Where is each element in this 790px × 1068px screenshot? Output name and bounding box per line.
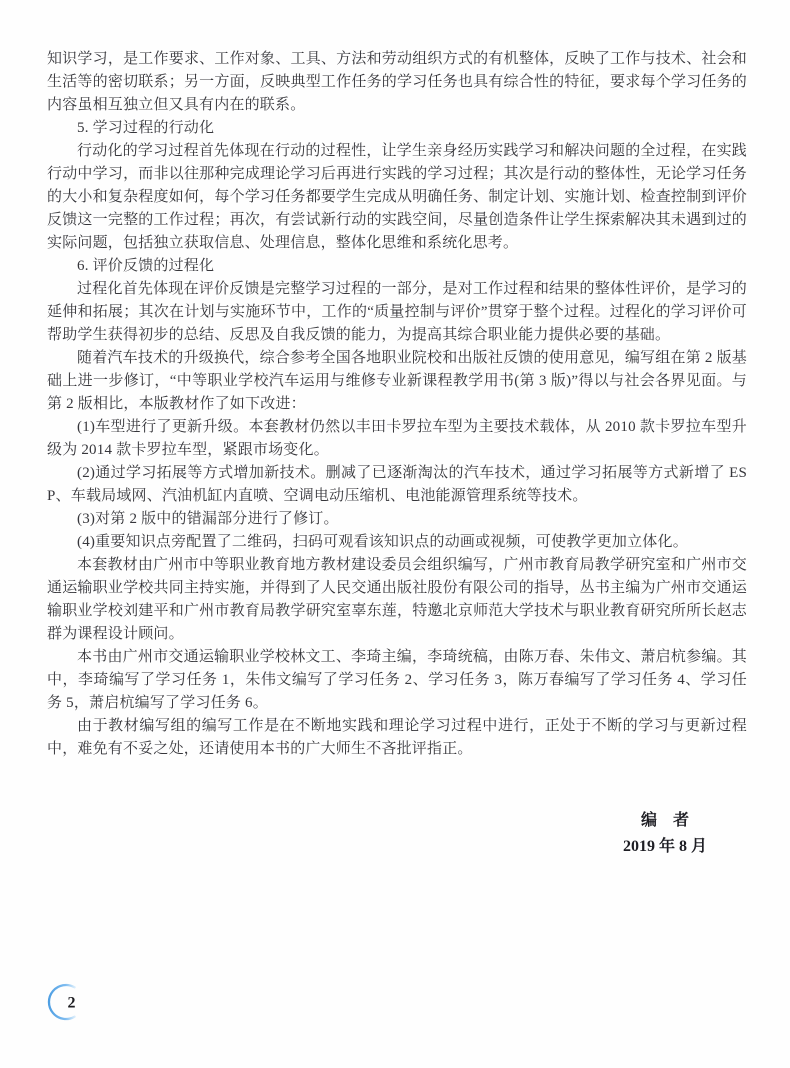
paragraph: (1)车型进行了更新升级。本套教材仍然以丰田卡罗拉车型为主要技术载体，从 201…	[47, 416, 747, 462]
paragraph: 随着汽车技术的升级换代，综合参考全国各地职业院校和出版社反馈的使用意见，编写组在…	[47, 347, 747, 416]
paragraph: (3)对第 2 版中的错漏部分进行了修订。	[47, 508, 747, 531]
page-number: 2	[68, 995, 76, 1012]
paragraph: (2)通过学习拓展等方式增加新技术。删减了已逐渐淘汰的汽车技术，通过学习拓展等方…	[47, 462, 747, 508]
page-number-arc-icon: 2	[45, 981, 87, 1023]
paragraph: (4)重要知识点旁配置了二维码，扫码可观看该知识点的动画或视频，可使教学更加立体…	[47, 531, 747, 554]
book-page: 知识学习，是工作要求、工作对象、工具、方法和劳动组织方式的有机整体，反映了工作与…	[0, 0, 790, 1068]
preface-text: 知识学习，是工作要求、工作对象、工具、方法和劳动组织方式的有机整体，反映了工作与…	[47, 48, 747, 761]
paragraph: 过程化首先体现在评价反馈是完整学习过程的一部分，是对工作过程和结果的整体性评价，…	[47, 278, 747, 347]
paragraph: 行动化的学习过程首先体现在行动的过程性，让学生亲身经历实践学习和解决问题的全过程…	[47, 140, 747, 255]
paragraph: 本套教材由广州市中等职业教育地方教材建设委员会组织编写，广州市教育局教学研究室和…	[47, 554, 747, 646]
signature-block: 编 者 2019 年 8 月	[623, 808, 707, 860]
signature-date: 2019 年 8 月	[623, 834, 707, 860]
paragraph: 由于教材编写组的编写工作是在不断地实践和理论学习过程中进行，正处于不断的学习与更…	[47, 715, 747, 761]
section-heading: 5. 学习过程的行动化	[47, 117, 747, 140]
paragraph: 本书由广州市交通运输职业学校林文工、李琦主编，李琦统稿，由陈万春、朱伟文、萧启杭…	[47, 646, 747, 715]
signature-author: 编 者	[623, 808, 707, 834]
page-footer: 2	[45, 981, 87, 1023]
paragraph: 知识学习，是工作要求、工作对象、工具、方法和劳动组织方式的有机整体，反映了工作与…	[47, 48, 747, 117]
section-heading: 6. 评价反馈的过程化	[47, 255, 747, 278]
